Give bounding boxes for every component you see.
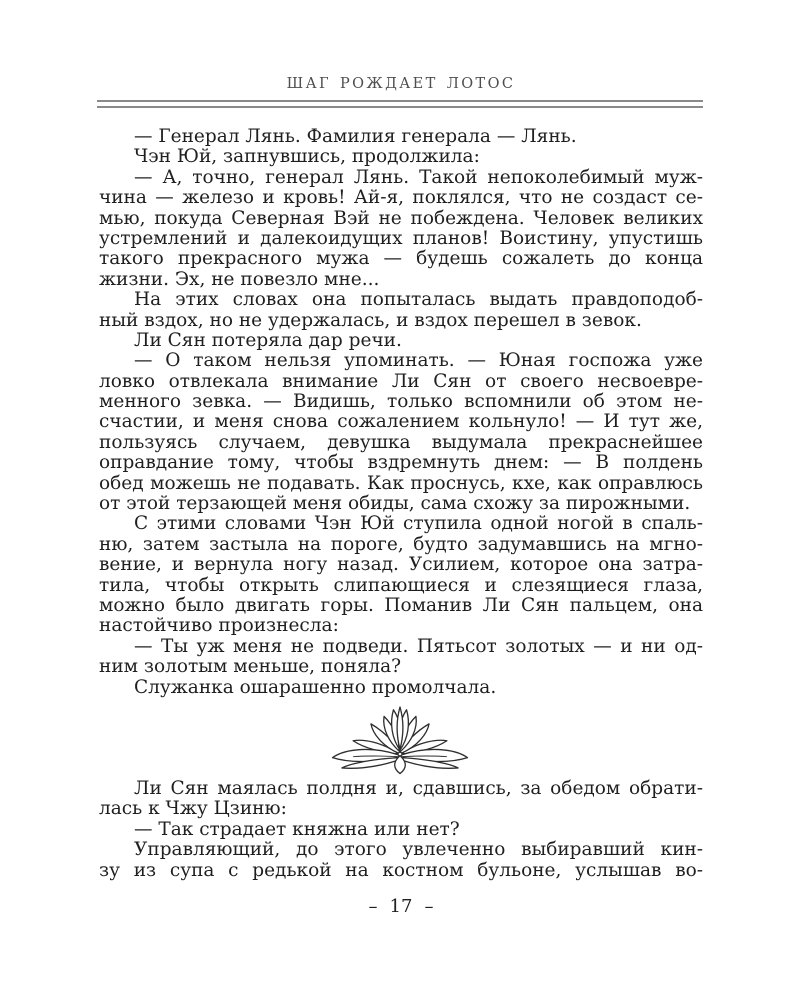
text-line: вение, и вернула ногу назад. Усилием, ко… (99, 555, 703, 575)
text-line: обед можешь не подавать. Как проснусь, к… (99, 474, 703, 494)
text-line: Ли Сян потеряла дар речи. (99, 331, 703, 351)
text-line: устремлений и далекоидущих планов! Воист… (99, 229, 703, 249)
body-text-before-ornament: — Генерал Лянь. Фамилия генерала — Лянь.… (99, 127, 703, 698)
paragraph: Ли Сян потеряла дар речи. (99, 331, 703, 351)
text-line: лась к Чжу Цзиню: (99, 799, 703, 819)
text-line: ню, затем застыла на пороге, будто задум… (99, 535, 703, 555)
text-line: чина — железо и кровь! Ай-я, поклялся, ч… (99, 188, 703, 208)
text-line: тила, чтобы открыть слипающиеся и слезящ… (99, 576, 703, 596)
text-line: — О таком нельзя упоминать. — Юная госпо… (99, 351, 703, 371)
paragraph: Чэн Юй, запнувшись, продолжила: (99, 147, 703, 167)
page-number-dash-right: – (424, 896, 433, 917)
paragraph: Ли Сян маялась полдня и, сдавшись, за об… (99, 779, 703, 820)
text-line: — А, точно, генерал Лянь. Такой непоколе… (99, 168, 703, 188)
text-line: Чэн Юй, запнувшись, продолжила: (99, 147, 703, 167)
text-line: ним золотым меньше, поняла? (99, 657, 703, 677)
text-line: Служанка ошарашенно промолчала. (99, 678, 703, 698)
body-text-after-ornament: Ли Сян маялась полдня и, сдавшись, за об… (99, 779, 703, 881)
page-number-value: 17 (390, 896, 413, 917)
text-line: — Ты уж меня не подведи. Пятьсот золотых… (99, 637, 703, 657)
text-line: жизни. Эх, не повезло мне... (99, 270, 703, 290)
paragraph: На этих словах она попыталась выдать пра… (99, 290, 703, 331)
paragraph: С этими словами Чэн Юй ступила одной ног… (99, 514, 703, 636)
text-line: — Генерал Лянь. Фамилия генерала — Лянь. (99, 127, 703, 147)
text-line: менного зевка. — Видишь, только вспомнил… (99, 392, 703, 412)
text-line: можно было двигать горы. Поманив Ли Сян … (99, 596, 703, 616)
paragraph: — Ты уж меня не подведи. Пятьсот золотых… (99, 637, 703, 678)
paragraph: Служанка ошарашенно промолчала. (99, 678, 703, 698)
paragraph: — Так страдает княжна или нет? (99, 820, 703, 840)
text-line: мью, покуда Северная Вэй не побеждена. Ч… (99, 209, 703, 229)
text-line: Управляющий, до этого увлеченно выбиравш… (99, 840, 703, 860)
lotus-flower-icon (325, 698, 475, 776)
text-line: ный вздох, но не удержалась, и вздох пер… (99, 311, 703, 331)
text-line: оправдание тому, чтобы вздремнуть днем: … (99, 453, 703, 473)
text-line: от этой терзающей меня обиды, сама схожу… (99, 494, 703, 514)
text-line: такого прекрасного мужа — будешь сожалет… (99, 249, 703, 269)
page-number: –17– (99, 896, 703, 917)
text-line: — Так страдает княжна или нет? (99, 820, 703, 840)
text-line: ловко отвлекала внимание Ли Сян от своег… (99, 372, 703, 392)
running-head-title: ШАГ РОЖДАЕТ ЛОТОС (99, 76, 703, 92)
paragraph: — О таком нельзя упоминать. — Юная госпо… (99, 351, 703, 514)
book-page: ШАГ РОЖДАЕТ ЛОТОС — Генерал Лянь. Фамили… (0, 0, 800, 1000)
text-line: пользуясь случаем, девушка выдумала прек… (99, 433, 703, 453)
paragraph: — Генерал Лянь. Фамилия генерала — Лянь. (99, 127, 703, 147)
text-line: На этих словах она попыталась выдать пра… (99, 290, 703, 310)
text-line: С этими словами Чэн Юй ступила одной ног… (99, 514, 703, 534)
text-line: настойчиво произнесла: (99, 616, 703, 636)
page-number-dash-left: – (369, 896, 378, 917)
ornament-row (0, 698, 800, 776)
text-line: счастии, и меня снова сожалением кольнул… (99, 412, 703, 432)
text-line: зу из супа с редькой на костном бульоне,… (99, 861, 703, 881)
header-double-rule (97, 100, 703, 108)
paragraph: Управляющий, до этого увлеченно выбиравш… (99, 840, 703, 881)
paragraph: — А, точно, генерал Лянь. Такой непоколе… (99, 168, 703, 290)
text-line: Ли Сян маялась полдня и, сдавшись, за об… (99, 779, 703, 799)
